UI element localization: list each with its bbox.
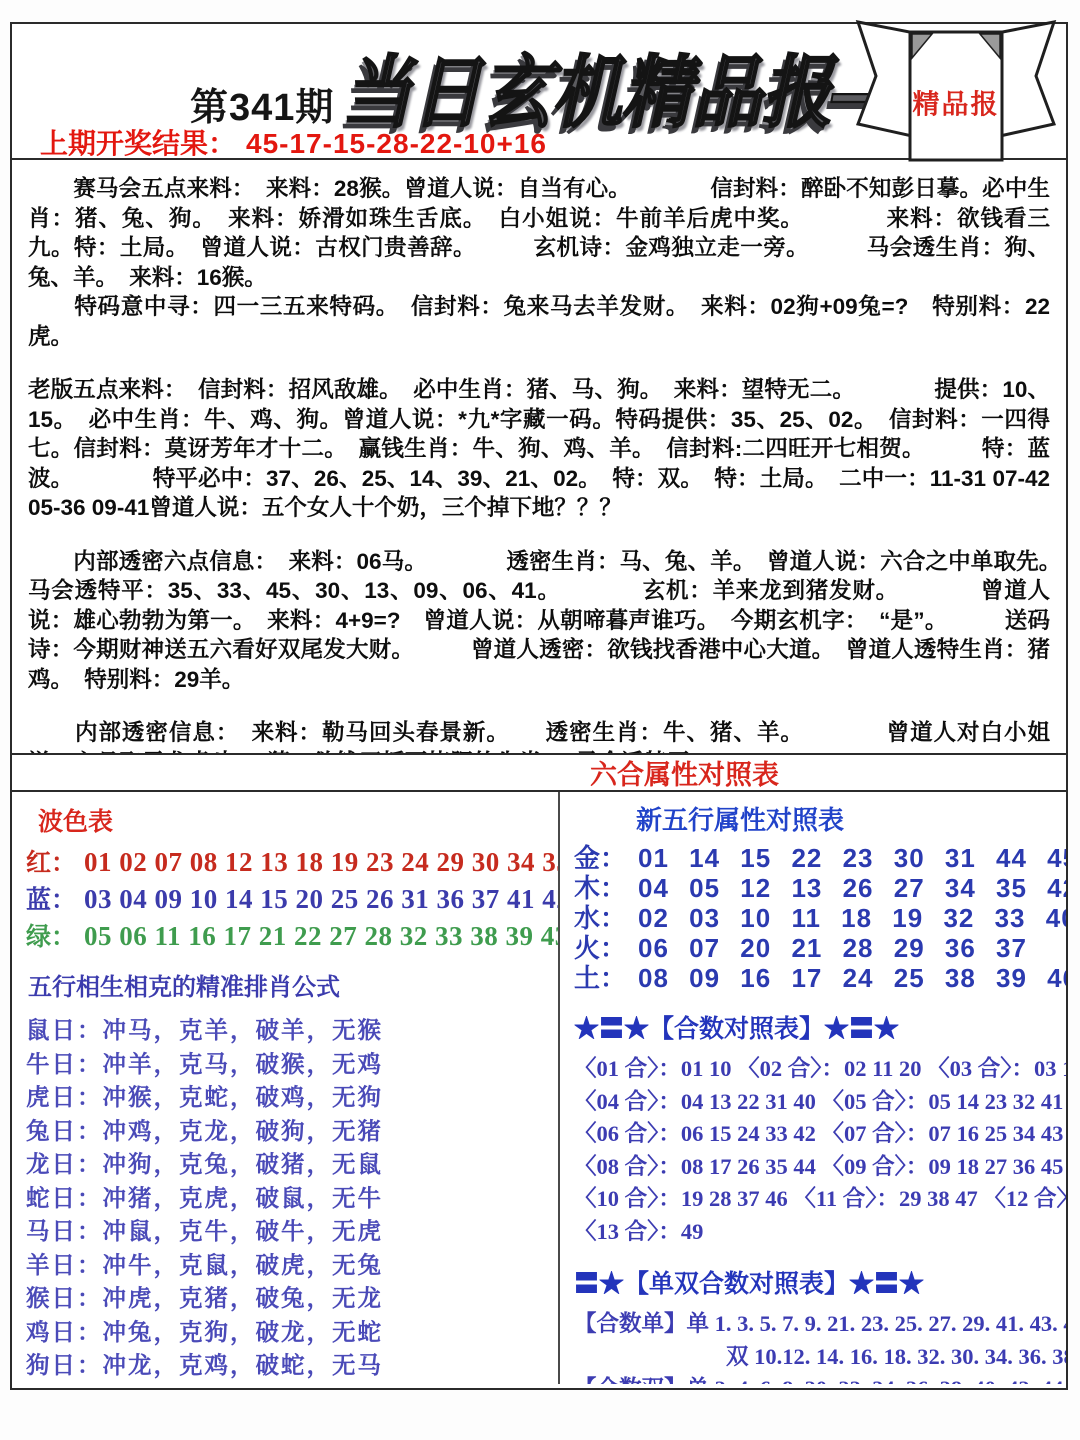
odd-even-sum-table-title: 〓★【单双合数对照表】★〓★ (574, 1264, 1056, 1300)
zodiac-formula-line: 羊日：冲牛，克鼠，破虎，无兔 (26, 1249, 550, 1283)
zodiac-formula-line: 虎日：冲猴，克蛇，破鸡，无狗 (26, 1081, 550, 1115)
five-elements-row: 金：01 14 15 22 23 30 31 44 45 (574, 843, 1056, 873)
tips-paragraph: 内部透密信息： 来料：勒马回头春景新。 透密生肖：牛、猪、羊。 曾道人对白小姐说… (28, 718, 1050, 755)
wave-color-label: 红： (26, 849, 76, 877)
ribbon-banner-icon: 精品报 (850, 10, 1062, 164)
newspaper-page: 第341期 当日玄机精品报—B 上期开奖结果：45-17-15-28-22-10… (10, 22, 1068, 1390)
element-numbers: 01 14 15 22 23 30 31 44 45 (638, 843, 1066, 873)
section-title: 六合属性对照表 (590, 753, 779, 792)
right-column: 新五行属性对照表 金：01 14 15 22 23 30 31 44 45 木：… (558, 792, 1066, 1384)
left-column: 波色表 红：01 02 07 08 12 13 18 19 23 24 29 3… (12, 792, 558, 1384)
page-header: 第341期 当日玄机精品报—B 上期开奖结果：45-17-15-28-22-10… (12, 24, 1066, 160)
five-elements-row: 土：08 09 16 17 24 25 38 39 46 47 (574, 963, 1056, 993)
last-draw-label: 上期开奖结果： (40, 128, 236, 159)
five-elements-rows: 金：01 14 15 22 23 30 31 44 45 木：04 05 12 … (574, 843, 1056, 993)
five-elements-row: 火：06 07 20 21 28 29 36 37 (574, 933, 1056, 963)
zodiac-formula-title: 五行相生相克的精准排肖公式 (28, 967, 550, 1002)
element-label: 金： (574, 843, 626, 873)
last-draw-results: 上期开奖结果：45-17-15-28-22-10+16 (40, 122, 547, 162)
zodiac-formula-line: 龙日：冲狗，克兔，破猪，无鼠 (26, 1148, 550, 1182)
tips-paragraph: 老版五点来料： 信封料：招风敌雄。 必中生肖：猪、马、狗。 来料：望特无二。 提… (28, 375, 1050, 523)
sum-table-line: 〈13 合〉：49 (574, 1216, 1056, 1249)
zodiac-formula-line: 鼠日：冲马，克羊，破羊，无猴 (26, 1014, 550, 1048)
sum-table-line: 〈10 合〉：19 28 37 46 〈11 合〉：29 38 47 〈12 合… (574, 1183, 1056, 1216)
zodiac-formula-line: 狗日：冲龙，克鸡，破蛇，无马 (26, 1349, 550, 1383)
sum-table-line: 〈06 合〉：06 15 24 33 42 〈07 合〉：07 16 25 34… (574, 1118, 1056, 1151)
wave-color-row: 绿：05 06 11 16 17 21 22 27 28 32 33 38 39… (26, 920, 550, 957)
element-numbers: 04 05 12 13 26 27 34 35 42 43 (638, 873, 1066, 903)
wave-color-row: 蓝：03 04 09 10 14 15 20 25 26 31 36 37 41… (26, 883, 550, 920)
zodiac-formula-line: 蛇日：冲猪，克虎，破鼠，无牛 (26, 1182, 550, 1216)
element-label: 水： (574, 903, 626, 933)
element-label: 火： (574, 933, 626, 963)
five-elements-row: 水：02 03 10 11 18 19 32 33 40 41 48 49 (574, 903, 1056, 933)
last-draw-numbers: 45-17-15-28-22-10+16 (246, 128, 547, 159)
wave-color-rows: 红：01 02 07 08 12 13 18 19 23 24 29 30 34… (26, 846, 550, 957)
wave-color-numbers: 01 02 07 08 12 13 18 19 23 24 29 30 34 3… (84, 847, 558, 877)
element-numbers: 08 09 16 17 24 25 38 39 46 47 (638, 963, 1066, 993)
element-label: 木： (574, 873, 626, 903)
sum-table-line: 〈01 合〉：01 10 〈02 合〉：02 11 20 〈03 合〉：03 1… (574, 1053, 1056, 1086)
wave-color-table-title: 波色表 (38, 802, 550, 838)
tips-paragraph: 特码意中寻：四一三五来特码。 信封料：兔来马去羊发财。 来料：02狗+09兔=?… (28, 292, 1050, 351)
zodiac-formula-line: 马日：冲鼠，克牛，破牛，无虎 (26, 1215, 550, 1249)
sum-table-title: ★〓★【合数对照表】★〓★ (574, 1009, 1056, 1045)
tips-paragraph: 赛马会五点来料： 来料：28猴。曾道人说：自当有心。 信封料：醉卧不知彭日摹。必… (28, 174, 1050, 292)
tips-paragraph: 内部透密六点信息： 来料：06马。 透密生肖：马、兔、羊。 曾道人说：六合之中单… (28, 547, 1050, 695)
sum-table-line: 〈04 合〉：04 13 22 31 40 〈05 合〉：05 14 23 32… (574, 1086, 1056, 1119)
element-numbers: 02 03 10 11 18 19 32 33 40 41 48 49 (638, 903, 1066, 933)
sum-table-lines: 〈01 合〉：01 10 〈02 合〉：02 11 20 〈03 合〉：03 1… (574, 1053, 1056, 1248)
wave-color-numbers: 03 04 09 10 14 15 20 25 26 31 36 37 41 4… (84, 884, 558, 914)
odd-even-sum-line: 【合数双】单 2. 4. 6. 8. 20. 22. 24. 26. 28. 4… (574, 1373, 1056, 1384)
ribbon-label: 精品报 (913, 83, 1000, 122)
odd-even-sum-line: 【合数单】单 1. 3. 5. 7. 9. 21. 23. 25. 27. 29… (574, 1308, 1056, 1341)
five-elements-row: 木：04 05 12 13 26 27 34 35 42 43 (574, 873, 1056, 903)
zodiac-formula-line: 鸡日：冲兔，克狗，破龙，无蛇 (26, 1316, 550, 1350)
odd-even-sum-line: 双 10.12. 14. 16. 18. 32. 30. 34. 36. 38 (574, 1341, 1056, 1374)
element-label: 土： (574, 963, 626, 993)
wave-color-numbers: 05 06 11 16 17 21 22 27 28 32 33 38 39 4… (84, 921, 558, 951)
attribute-tables: 波色表 红：01 02 07 08 12 13 18 19 23 24 29 3… (12, 792, 1066, 1384)
sum-table-line: 〈08 合〉：08 17 26 35 44 〈09 合〉：09 18 27 36… (574, 1151, 1056, 1184)
wave-color-row: 红：01 02 07 08 12 13 18 19 23 24 29 30 34… (26, 846, 550, 883)
wave-color-label: 绿： (26, 923, 76, 951)
element-numbers: 06 07 20 21 28 29 36 37 (638, 933, 1027, 963)
odd-even-sum-lines: 【合数单】单 1. 3. 5. 7. 9. 21. 23. 25. 27. 29… (574, 1308, 1056, 1384)
tips-paragraphs: 赛马会五点来料： 来料：28猴。曾道人说：自当有心。 信封料：醉卧不知彭日摹。必… (12, 160, 1066, 755)
wave-color-label: 蓝： (26, 886, 76, 914)
zodiac-formula-line: 猴日：冲虎，克猪，破兔，无龙 (26, 1282, 550, 1316)
five-elements-table-title: 新五行属性对照表 (636, 800, 1056, 837)
section-title-band: 六合属性对照表 (12, 755, 1066, 792)
zodiac-formula-lines: 鼠日：冲马，克羊，破羊，无猴 牛日：冲羊，克马，破猴，无鸡 虎日：冲猴，克蛇，破… (26, 1014, 550, 1384)
zodiac-formula-line: 兔日：冲鸡，克龙，破狗，无猪 (26, 1115, 550, 1149)
zodiac-formula-line: 猪日：冲蛇，克猴，破马，无羊 (26, 1383, 550, 1385)
zodiac-formula-line: 牛日：冲羊，克马，破猴，无鸡 (26, 1048, 550, 1082)
